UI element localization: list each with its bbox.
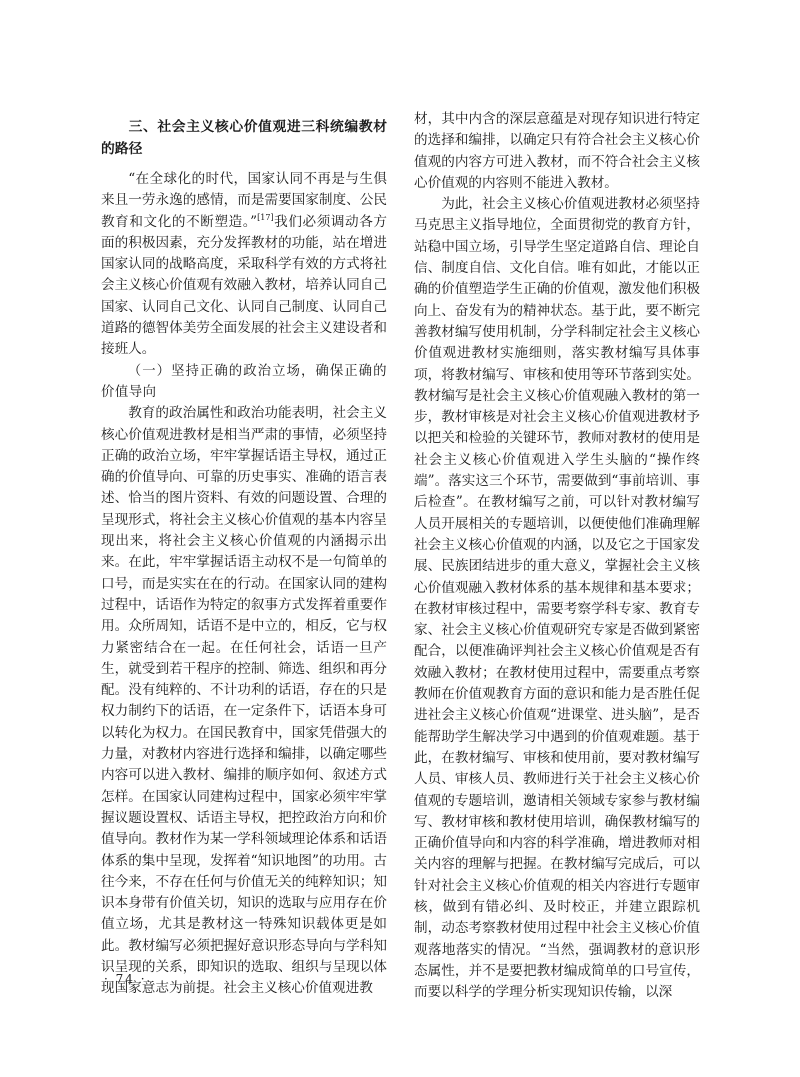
left-column: 三、社会主义核心价值观进三科统编教材的路径 “在全球化的时代，国家认同不再是与生… — [101, 116, 387, 1000]
paragraph-text: 我们必须调动各方面的积极因素，充分发挥教材的功能，站在增进国家认同的战略高度，采… — [101, 214, 387, 358]
body-paragraph: 为此，社会主义核心价值观进教材必须坚持马克思主义指导地位，全面贯彻党的教育方针，… — [414, 194, 700, 1003]
right-column: 材，其中内含的深层意蕴是对现存知识进行特定的选择和编排，以确定只有符合社会主义核… — [414, 109, 700, 1003]
body-paragraph-continuation: 材，其中内含的深层意蕴是对现存知识进行特定的选择和编排，以确定只有符合社会主义核… — [414, 109, 700, 194]
citation-reference: [17] — [257, 213, 273, 222]
body-paragraph: 教育的政治属性和政治功能表明，社会主义核心价值观进教材是相当严肃的事情，必须坚持… — [101, 403, 387, 999]
document-page: 三、社会主义核心价值观进三科统编教材的路径 “在全球化的时代，国家认同不再是与生… — [0, 0, 800, 1077]
section-heading: 三、社会主义核心价值观进三科统编教材的路径 — [101, 116, 387, 160]
body-paragraph: “在全球化的时代，国家认同不再是与生俱来且一劳永逸的感情，而是需要国家制度、公民… — [101, 169, 387, 361]
page-number: · 74 · — [104, 972, 147, 986]
sub-heading: （一）坚持正确的政治立场，确保正确的价值导向 — [101, 361, 387, 404]
